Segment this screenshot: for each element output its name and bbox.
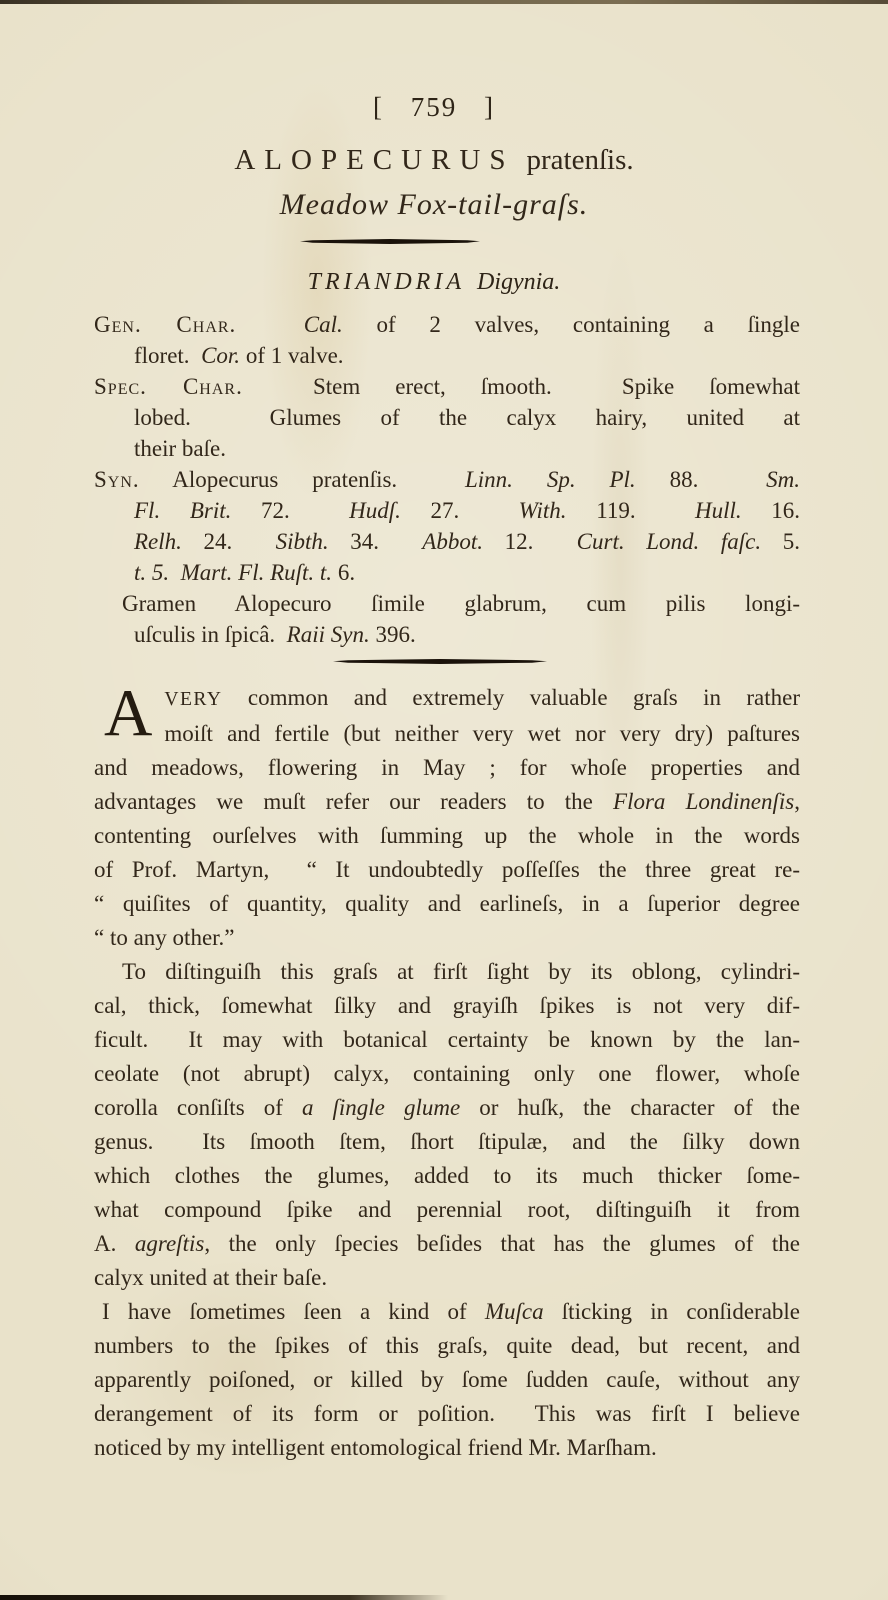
text-line: “ to any other.”	[94, 921, 800, 955]
text-segment: corolla conſiſts of	[94, 1095, 302, 1120]
text-segment: and meadows, flowering in May ; for whoſ…	[94, 755, 800, 780]
text-segment: Gen. Char.	[94, 312, 236, 337]
text-line: noticed by my intelligent entomological …	[94, 1431, 800, 1465]
text-segment: VERY	[164, 689, 222, 710]
synopsis-block: Gen. Char. Cal. of 2 valves, containing …	[94, 309, 800, 650]
text-line: and meadows, flowering in May ; for whoſ…	[94, 751, 800, 785]
text-segment: of Prof. Martyn, “ It undoubtedly poſſeſ…	[94, 857, 800, 882]
text-line: I have ſometimes ſeen a kind of Muſca ſt…	[94, 1295, 800, 1329]
text-line: their baſe.	[94, 433, 800, 464]
text-segment: 5.	[761, 529, 800, 554]
text-segment: advantages we muſt refer our readers to …	[94, 789, 613, 814]
text-segment: A.	[94, 1231, 135, 1256]
text-line: Fl. Brit. 72. Hudſ. 27. With. 119. Hull.…	[94, 495, 800, 526]
text-segment: 396.	[370, 622, 416, 647]
text-segment: common and extremely valuable graſs in r…	[222, 685, 800, 710]
italic-text-segment: Relh.	[134, 529, 182, 554]
order-name: Digynia.	[477, 269, 560, 295]
text-line: t. 5. Mart. Fl. Ruſt. t. 6.	[94, 557, 800, 588]
text-segment: noticed by my intelligent entomological …	[94, 1435, 657, 1460]
ornamental-rule-middle	[333, 659, 547, 664]
text-segment: of 2 valves, containing a ſingle	[343, 312, 800, 337]
text-segment: 6.	[332, 560, 355, 585]
text-segment: cal, thick, ſomewhat ſilky and grayiſh ſ…	[94, 993, 800, 1018]
text-segment: uſculis in ſpicâ.	[134, 622, 287, 647]
text-line: floret. Cor. of 1 valve.	[94, 340, 800, 371]
italic-text-segment: Cor.	[201, 343, 240, 368]
text-line: ceolate (not abrupt) calyx, containing o…	[94, 1057, 800, 1091]
text-segment: 27.	[401, 498, 519, 523]
text-line: Gen. Char. Cal. of 2 valves, containing …	[94, 309, 800, 340]
class-name: TRIANDRIA	[308, 269, 465, 295]
text-segment: of 1 valve.	[240, 343, 343, 368]
paragraph-identification: To diſtinguiſh this graſs at firſt ſight…	[94, 955, 800, 1295]
genus-name: ALOPECURUS	[234, 144, 514, 176]
text-segment: apparently poiſoned, or killed by ſome ſ…	[94, 1367, 800, 1392]
italic-text-segment: Raii Syn.	[287, 622, 370, 647]
text-line: contenting ourſelves with ſumming up the…	[94, 819, 800, 853]
text-segment: 12.	[483, 529, 577, 554]
text-segment: 34.	[329, 529, 423, 554]
italic-text-segment: Linn. Sp. Pl.	[465, 467, 636, 492]
text-segment: Stem erect, ſmooth. Spike ſomewhat	[243, 374, 800, 399]
text-segment	[236, 312, 303, 337]
page-number: [ 759 ]	[94, 92, 774, 123]
italic-text-segment: a ſingle glume	[302, 1095, 460, 1120]
italic-text-segment: Mart. Fl. Ruſt. t.	[181, 560, 332, 585]
book-page-content: [ 759 ] ALOPECURUSpratenſis. Meadow Fox-…	[94, 92, 800, 1465]
text-segment: 16.	[742, 498, 800, 523]
text-segment: Alopecurus pratenſis.	[140, 467, 465, 492]
text-segment: their baſe.	[134, 436, 226, 461]
text-segment: , the only ſpecies beſides that has the …	[204, 1231, 800, 1256]
text-segment: 119.	[567, 498, 695, 523]
text-line: calyx united at their baſe.	[94, 1261, 800, 1295]
text-line: of Prof. Martyn, “ It undoubtedly poſſeſ…	[94, 853, 800, 887]
text-segment: calyx united at their baſe.	[94, 1265, 327, 1290]
text-segment: ſticking in conſiderable	[544, 1299, 800, 1324]
text-line: moiſt and fertile (but neither very wet …	[94, 717, 800, 751]
text-line: Syn. Alopecurus pratenſis. Linn. Sp. Pl.…	[94, 464, 800, 495]
species-title: ALOPECURUSpratenſis.	[94, 144, 774, 177]
text-line: apparently poiſoned, or killed by ſome ſ…	[94, 1363, 800, 1397]
text-line: advantages we muſt refer our readers to …	[94, 785, 800, 819]
text-segment: what compound ſpike and perennial root, …	[94, 1197, 800, 1222]
text-line: what compound ſpike and perennial root, …	[94, 1193, 800, 1227]
italic-text-segment: Abbot.	[422, 529, 483, 554]
text-line: Spec. Char. Stem erect, ſmooth. Spike ſo…	[94, 371, 800, 402]
ornamental-rule-top	[300, 239, 480, 244]
text-segment: “ to any other.”	[94, 925, 235, 950]
text-segment: numbers to the ſpikes of this graſs, qui…	[94, 1333, 800, 1358]
text-segment: Spec. Char.	[94, 374, 243, 399]
scan-edge-top	[0, 0, 888, 4]
text-line: ficult. It may with botanical certainty …	[94, 1023, 800, 1057]
text-line: A. agreſtis, the only ſpecies beſides th…	[94, 1227, 800, 1261]
text-segment: ceolate (not abrupt) calyx, containing o…	[94, 1061, 800, 1086]
text-segment	[169, 560, 181, 585]
italic-text-segment: Muſca	[485, 1299, 544, 1324]
italic-text-segment: Curt. Lond. faſc.	[577, 529, 762, 554]
italic-text-segment: Flora Londinenſis	[613, 789, 794, 814]
drop-cap: A	[104, 684, 152, 742]
text-line: which clothes the glumes, added to its m…	[94, 1159, 800, 1193]
text-segment: ,	[794, 789, 800, 814]
text-segment: 88.	[636, 467, 766, 492]
text-segment: floret.	[134, 343, 201, 368]
text-segment: Syn.	[94, 467, 140, 492]
text-line: Gramen Alopecuro ſimile glabrum, cum pil…	[94, 588, 800, 619]
text-line: VERY common and extremely valuable graſs…	[94, 681, 800, 717]
text-line: genus. Its ſmooth ſtem, ſhort ſtipulæ, a…	[94, 1125, 800, 1159]
text-segment: 24.	[182, 529, 276, 554]
text-segment: lobed. Glumes of the calyx hairy, united…	[134, 405, 800, 430]
italic-text-segment: Sm.	[766, 467, 800, 492]
text-segment: I have ſometimes ſeen a kind of	[102, 1299, 485, 1324]
text-segment: Gramen Alopecuro ſimile glabrum, cum pil…	[122, 591, 800, 616]
text-segment: “ quiſites of quantity, quality and earl…	[94, 891, 800, 916]
italic-text-segment: Fl. Brit.	[134, 498, 231, 523]
text-line: Relh. 24. Sibth. 34. Abbot. 12. Curt. Lo…	[94, 526, 800, 557]
paragraph-description: AVERY common and extremely valuable graſ…	[94, 681, 800, 955]
text-line: To diſtinguiſh this graſs at firſt ſight…	[94, 955, 800, 989]
text-line: cal, thick, ſomewhat ſilky and grayiſh ſ…	[94, 989, 800, 1023]
italic-text-segment: agreſtis	[135, 1231, 204, 1256]
text-segment: ficult. It may with botanical certainty …	[94, 1027, 800, 1052]
text-line: corolla conſiſts of a ſingle glume or hu…	[94, 1091, 800, 1125]
species-epithet: pratenſis.	[527, 144, 634, 176]
text-segment: genus. Its ſmooth ſtem, ſhort ſtipulæ, a…	[94, 1129, 800, 1154]
italic-text-segment: Hudſ.	[349, 498, 401, 523]
text-segment: 72.	[231, 498, 349, 523]
linnaean-classification: TRIANDRIADigynia.	[94, 269, 774, 296]
text-segment: To diſtinguiſh this graſs at firſt ſight…	[122, 959, 800, 984]
scan-edge-bottom	[0, 1595, 448, 1600]
italic-text-segment: With.	[519, 498, 567, 523]
text-line: numbers to the ſpikes of this graſs, qui…	[94, 1329, 800, 1363]
paragraph-musca-note: I have ſometimes ſeen a kind of Muſca ſt…	[94, 1295, 800, 1465]
page-header: [ 759 ] ALOPECURUSpratenſis. Meadow Fox-…	[94, 92, 774, 296]
italic-text-segment: Sibth.	[276, 529, 329, 554]
text-line: lobed. Glumes of the calyx hairy, united…	[94, 402, 800, 433]
text-segment: which clothes the glumes, added to its m…	[94, 1163, 800, 1188]
text-segment: derangement of its form or poſition. Thi…	[94, 1401, 800, 1426]
text-segment: contenting ourſelves with ſumming up the…	[94, 823, 800, 848]
italic-text-segment: Cal.	[304, 312, 343, 337]
italic-text-segment: Hull.	[695, 498, 742, 523]
common-name: Meadow Fox-tail-graſs.	[94, 188, 774, 222]
italic-text-segment: t. 5.	[134, 560, 169, 585]
text-line: derangement of its form or poſition. Thi…	[94, 1397, 800, 1431]
text-line: “ quiſites of quantity, quality and earl…	[94, 887, 800, 921]
text-segment: or huſk, the character of the	[460, 1095, 800, 1120]
text-segment: moiſt and fertile (but neither very wet …	[164, 721, 800, 746]
text-line: uſculis in ſpicâ. Raii Syn. 396.	[94, 619, 800, 650]
